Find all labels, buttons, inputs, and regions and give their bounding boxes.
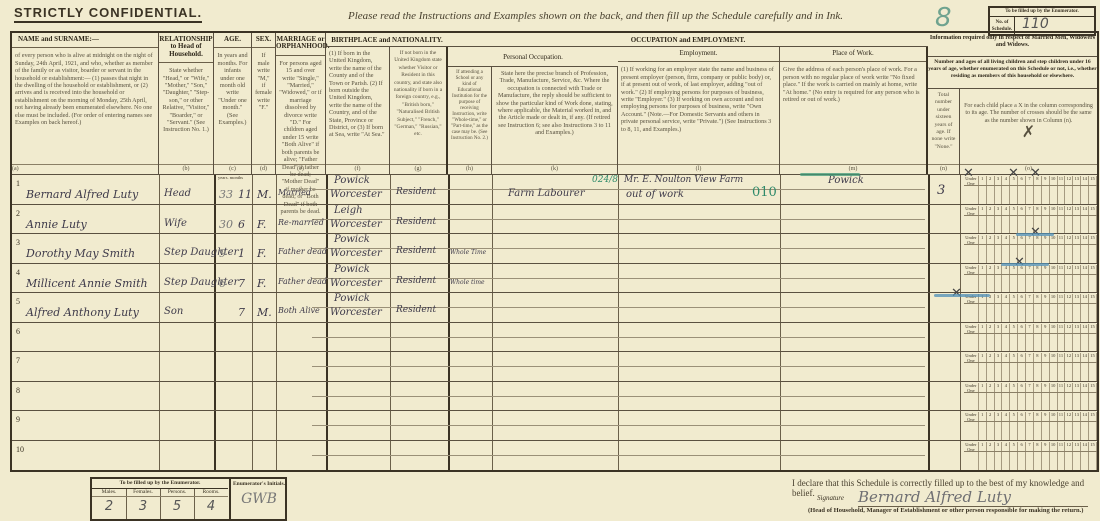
age-column-label: 10: [1050, 294, 1058, 303]
occupation-code: 024/8: [592, 175, 618, 185]
age-cell[interactable]: [1050, 186, 1058, 204]
age-cell[interactable]: [1050, 216, 1058, 234]
age-cell[interactable]: [1089, 186, 1097, 204]
age-cell[interactable]: [995, 393, 1003, 411]
age-cell[interactable]: [1081, 393, 1089, 411]
age-cell[interactable]: [987, 422, 995, 440]
age-cell[interactable]: [1058, 452, 1066, 470]
age-cell[interactable]: [987, 186, 995, 204]
age-cell[interactable]: [1034, 245, 1042, 263]
child-age-grid-header: Under One123456789101112131415: [964, 442, 1097, 452]
col-g-text: If not born in the United Kingdom state …: [393, 50, 443, 139]
person-name: Dorothy May Smith: [26, 247, 135, 260]
age-cell[interactable]: [1073, 363, 1081, 381]
age-cell[interactable]: [1002, 245, 1010, 263]
children-total: 3: [937, 183, 945, 198]
age-column-label: 3: [995, 235, 1003, 244]
age-cell[interactable]: [995, 363, 1003, 381]
marriage-status: Re-married: [278, 218, 324, 227]
persons-label: Persons.: [160, 489, 194, 497]
age-cell[interactable]: [1026, 422, 1034, 440]
table-row: 2Annie LutyWife306F.Re-marriedLeighWorce…: [12, 204, 1097, 233]
table-row: 8Under One123456789101112131415: [12, 381, 1097, 410]
age-cell[interactable]: [1018, 304, 1026, 322]
age-cell[interactable]: [979, 304, 987, 322]
age-column-label: 7: [1026, 324, 1034, 333]
age-cell[interactable]: [1058, 304, 1066, 322]
age-column-label: 3: [995, 353, 1003, 362]
age-cell[interactable]: [995, 216, 1003, 234]
age-cell[interactable]: [987, 216, 995, 234]
age-column-label: 13: [1073, 442, 1081, 451]
age-cell[interactable]: [964, 304, 979, 322]
age-cell[interactable]: [1073, 245, 1081, 263]
age-column-label: 4: [1002, 412, 1010, 421]
child-age-grid-header: Under One123456789101112131415: [964, 383, 1097, 393]
age-column-label: 10: [1050, 265, 1058, 274]
age-cell[interactable]: [964, 422, 979, 440]
age-cell[interactable]: [1058, 393, 1066, 411]
age-cell[interactable]: [1073, 334, 1081, 352]
age-cell[interactable]: [1002, 452, 1010, 470]
age-cell[interactable]: [1065, 216, 1073, 234]
age-cell[interactable]: [1026, 304, 1034, 322]
age-cell[interactable]: [1018, 216, 1026, 234]
age-cell[interactable]: [1026, 245, 1034, 263]
child-age-grid-header: Under One123456789101112131415: [964, 353, 1097, 363]
relationship: Step Daughter: [164, 247, 238, 258]
age-cell[interactable]: [995, 304, 1003, 322]
census-schedule-form: NAME and SURNAME:—of every person who is…: [10, 31, 1099, 472]
row-number: 1: [16, 179, 20, 188]
age-column-label: 5: [1010, 442, 1018, 451]
age-cell[interactable]: [964, 216, 979, 234]
age-column-label: 6: [1018, 383, 1026, 392]
age-column-label: 15: [1089, 294, 1097, 303]
age-cell[interactable]: [995, 275, 1003, 293]
age-column-label: 12: [1065, 294, 1073, 303]
col-e-title: MARRIAGE or ORPHANHOOD.: [276, 36, 325, 56]
row-midline: [312, 366, 925, 367]
birthplace-county: Worcester: [330, 248, 382, 259]
age-cell[interactable]: [1089, 393, 1097, 411]
age-cell[interactable]: [979, 393, 987, 411]
age-column-label: 12: [1065, 176, 1073, 185]
age-cell[interactable]: [1010, 334, 1018, 352]
age-cell[interactable]: [1065, 186, 1073, 204]
col-h-header: If attending a School or any kind of Edu…: [448, 67, 492, 174]
age-cell[interactable]: [1042, 393, 1050, 411]
age-cell[interactable]: [995, 422, 1003, 440]
age-cell[interactable]: [1002, 216, 1010, 234]
marriage-status: Married: [278, 188, 311, 197]
age-cell[interactable]: [1010, 452, 1018, 470]
age-cell[interactable]: [1018, 275, 1026, 293]
age-cell[interactable]: [1081, 245, 1089, 263]
age-cell[interactable]: [1065, 363, 1073, 381]
col-o-text: For each child place a X in the column c…: [963, 103, 1094, 125]
age-cell[interactable]: [1050, 393, 1058, 411]
col-l-text: (1) If working for an employer state the…: [621, 66, 776, 133]
age-cell[interactable]: [964, 363, 979, 381]
age-cell[interactable]: [1081, 422, 1089, 440]
age-column-label: 10: [1050, 383, 1058, 392]
child-age-grid: Under One123456789101112131415: [964, 383, 1097, 410]
age-cell[interactable]: [1089, 245, 1097, 263]
pencil-annotation: 8: [935, 3, 952, 33]
age-cell[interactable]: [1081, 186, 1089, 204]
age-column-label: 1: [979, 324, 987, 333]
age-column-label: 4: [1002, 294, 1010, 303]
birthplace-group-title: BIRTHPLACE and NATIONALITY.: [326, 33, 448, 47]
age-cell[interactable]: [995, 245, 1003, 263]
age-cell[interactable]: [1065, 334, 1073, 352]
age-cell[interactable]: [1042, 245, 1050, 263]
birthplace-county: Worcester: [330, 189, 382, 200]
age-cell[interactable]: [1010, 275, 1018, 293]
age-column-label: 10: [1050, 176, 1058, 185]
age-column-label: 10: [1050, 442, 1058, 451]
age-years: 33: [219, 188, 233, 201]
age-column-label: 10: [1050, 353, 1058, 362]
age-years: 30: [219, 218, 233, 231]
col-c-header: AGE.In years and months. For infants und…: [214, 33, 252, 174]
age-cell[interactable]: [1081, 275, 1089, 293]
age-column-label: 13: [1073, 353, 1081, 362]
age-cell[interactable]: [1089, 275, 1097, 293]
row-number: 10: [16, 445, 24, 454]
age-column-label: 14: [1081, 265, 1089, 274]
age-cell[interactable]: [1034, 393, 1042, 411]
age-cell[interactable]: [979, 452, 987, 470]
initials-label: Enumerator's Initials.: [231, 479, 287, 487]
age-cell[interactable]: [1065, 393, 1073, 411]
age-column-label: 8: [1034, 206, 1042, 215]
age-cell[interactable]: [1065, 422, 1073, 440]
table-row: 9Under One123456789101112131415: [12, 410, 1097, 439]
age-cell[interactable]: [995, 334, 1003, 352]
age-column-label: 2: [987, 442, 995, 451]
age-cell[interactable]: [1042, 275, 1050, 293]
col-k-title: Personal Occupation.: [448, 47, 618, 67]
table-row: 4Millicent Annie SmithStep Daughter67F.F…: [12, 263, 1097, 292]
col-b-header: RELATIONSHIP to Head of Household.State …: [159, 33, 214, 174]
age-cell[interactable]: [1042, 363, 1050, 381]
age-cell[interactable]: [1042, 422, 1050, 440]
col-l-label: (l): [618, 164, 779, 174]
age-column-label: 1: [979, 383, 987, 392]
age-cell[interactable]: [1058, 275, 1066, 293]
age-cell[interactable]: [1034, 452, 1042, 470]
age-cell[interactable]: [1089, 334, 1097, 352]
age-cell[interactable]: [1081, 363, 1089, 381]
age-cell[interactable]: [1050, 452, 1058, 470]
age-column-label: 6: [1018, 442, 1026, 451]
age-column-label: 13: [1073, 176, 1081, 185]
age-months: 6: [238, 218, 245, 231]
age-cell[interactable]: [1081, 216, 1089, 234]
place-of-work: Powick: [828, 175, 864, 186]
relationship: Step Daughter: [164, 277, 238, 288]
age-column-label: 10: [1050, 412, 1058, 421]
age-column-label: 2: [987, 176, 995, 185]
child-age-grid: Under One123456789101112131415: [964, 324, 1097, 351]
age-column-label: 12: [1065, 383, 1073, 392]
age-cell[interactable]: [1010, 393, 1018, 411]
age-cell[interactable]: [1058, 216, 1066, 234]
age-column-label: 8: [1034, 412, 1042, 421]
age-column-label: 12: [1065, 206, 1073, 215]
nationality: Resident: [396, 276, 436, 286]
age-cell[interactable]: [964, 334, 979, 352]
child-age-grid-header: Under One123456789101112131415: [964, 206, 1097, 216]
age-years: 9: [219, 247, 226, 260]
age-cell[interactable]: [1081, 334, 1089, 352]
age-cell[interactable]: [1026, 363, 1034, 381]
age-cell[interactable]: [964, 186, 979, 204]
age-column-label: 7: [1026, 442, 1034, 451]
age-cell[interactable]: [979, 245, 987, 263]
age-cell[interactable]: [1042, 216, 1050, 234]
age-cell[interactable]: [1002, 186, 1010, 204]
age-cell[interactable]: [1058, 422, 1066, 440]
age-column-label: 3: [995, 383, 1003, 392]
age-column-label: 11: [1058, 383, 1066, 392]
age-cell[interactable]: [1065, 275, 1073, 293]
age-cell[interactable]: [1034, 334, 1042, 352]
col-c-text: In years and months. For infants under o…: [217, 52, 248, 126]
col-k-label: (k): [492, 164, 617, 174]
age-column-label: 12: [1065, 412, 1073, 421]
age-cell[interactable]: [979, 186, 987, 204]
row-number: 6: [16, 327, 20, 336]
age-cell[interactable]: [1026, 186, 1034, 204]
age-cell[interactable]: [1026, 452, 1034, 470]
row-number: 2: [16, 209, 20, 218]
age-cell[interactable]: [1002, 304, 1010, 322]
col-k-text: State here the precise branch of Profess…: [495, 70, 614, 137]
age-cell[interactable]: [1058, 186, 1066, 204]
age-column-label: 4: [1002, 235, 1010, 244]
age-cell[interactable]: [987, 393, 995, 411]
age-cell[interactable]: [1026, 334, 1034, 352]
age-cell[interactable]: [1018, 186, 1026, 204]
age-cell[interactable]: [1081, 452, 1089, 470]
age-column-label: 3: [995, 442, 1003, 451]
child-age-grid: Under One123456789101112131415: [964, 294, 1097, 321]
sex: F.: [257, 277, 266, 290]
age-months: 7: [238, 277, 245, 290]
age-cell[interactable]: [1018, 452, 1026, 470]
marriage-status: Father dead: [278, 247, 327, 256]
age-cell[interactable]: [964, 452, 979, 470]
age-cell[interactable]: [979, 334, 987, 352]
age-cell[interactable]: [1018, 422, 1026, 440]
age-cell[interactable]: [1089, 452, 1097, 470]
age-column-label: 14: [1081, 206, 1089, 215]
age-column-label: 10: [1050, 324, 1058, 333]
age-cell[interactable]: [1034, 186, 1042, 204]
age-column-label: 8: [1034, 324, 1042, 333]
age-column-label: 11: [1058, 176, 1066, 185]
age-cell[interactable]: [1073, 304, 1081, 322]
col-l-title: Employment.: [618, 50, 779, 62]
birthplace-town: Leigh: [334, 205, 363, 216]
age-cell[interactable]: [1058, 363, 1066, 381]
age-cell[interactable]: [1034, 275, 1042, 293]
males-label: Males.: [92, 489, 126, 497]
cross-mark-icon: ✕: [1008, 166, 1019, 181]
age-cell[interactable]: [1002, 393, 1010, 411]
birthplace-town: Powick: [334, 234, 370, 245]
age-column-label: 13: [1073, 294, 1081, 303]
age-column-label: 14: [1081, 442, 1089, 451]
age-cell[interactable]: [1065, 452, 1073, 470]
age-cell[interactable]: [964, 393, 979, 411]
age-cell[interactable]: [1010, 186, 1018, 204]
age-cell[interactable]: [1034, 422, 1042, 440]
age-column-label: 2: [987, 235, 995, 244]
age-cell[interactable]: [1073, 216, 1081, 234]
age-column-label: 6: [1018, 353, 1026, 362]
age-cell[interactable]: [1089, 304, 1097, 322]
child-age-grid-header: Under One123456789101112131415: [964, 324, 1097, 334]
age-cell[interactable]: [995, 186, 1003, 204]
age-cell[interactable]: [1050, 245, 1058, 263]
age-column-label: 14: [1081, 176, 1089, 185]
persons-count: 5: [160, 497, 194, 517]
age-cell[interactable]: [1050, 334, 1058, 352]
age-cell[interactable]: [964, 245, 979, 263]
age-cell[interactable]: [1058, 245, 1066, 263]
age-cell[interactable]: [1081, 304, 1089, 322]
col-e-header: MARRIAGE or ORPHANHOOD.For persons aged …: [276, 33, 326, 174]
col-h-label: (h): [448, 164, 491, 174]
age-column-label: 6: [1018, 294, 1026, 303]
age-column-label: 14: [1081, 412, 1089, 421]
age-cell[interactable]: [1073, 422, 1081, 440]
age-cell[interactable]: [987, 363, 995, 381]
age-cell[interactable]: [1042, 186, 1050, 204]
age-cell[interactable]: [987, 304, 995, 322]
col-o-label: (o): [960, 164, 1097, 174]
age-column-label: 2: [987, 324, 995, 333]
age-cell[interactable]: [1050, 304, 1058, 322]
age-cell[interactable]: [1002, 334, 1010, 352]
age-cell[interactable]: [964, 275, 979, 293]
age-cell[interactable]: [1026, 393, 1034, 411]
children-info-title: Number and ages of all living children a…: [928, 57, 1097, 89]
age-column-label: 5: [1010, 206, 1018, 215]
age-column-label: 8: [1034, 383, 1042, 392]
age-cell[interactable]: [1010, 216, 1018, 234]
age-column-label: 13: [1073, 412, 1081, 421]
age-cell[interactable]: [1018, 363, 1026, 381]
sex: M.: [257, 306, 272, 319]
age-cell[interactable]: [1065, 245, 1073, 263]
females-label: Females.: [126, 489, 160, 497]
age-cell[interactable]: [1058, 334, 1066, 352]
age-cell[interactable]: [1042, 334, 1050, 352]
col-c-title: AGE.: [214, 36, 251, 48]
age-cell[interactable]: [979, 363, 987, 381]
age-cell[interactable]: [1018, 334, 1026, 352]
col-f-text: (1) If born in the United Kingdom, write…: [329, 50, 386, 139]
age-cell[interactable]: [1010, 304, 1018, 322]
age-cell[interactable]: [1010, 363, 1018, 381]
school-attendance: Whole Time: [450, 249, 486, 256]
age-column-label: 3: [995, 294, 1003, 303]
age-cell[interactable]: [1034, 304, 1042, 322]
age-cell[interactable]: [987, 452, 995, 470]
age-column-label: 4: [1002, 442, 1010, 451]
age-cell[interactable]: [1050, 422, 1058, 440]
col-h-text: If attending a School or any kind of Edu…: [451, 70, 488, 142]
col-d-label: (d): [252, 164, 275, 174]
age-cell[interactable]: [1073, 186, 1081, 204]
age-cell[interactable]: [1089, 363, 1097, 381]
age-column-label: 14: [1081, 324, 1089, 333]
age-cell[interactable]: [1026, 275, 1034, 293]
age-column-label: 1: [979, 412, 987, 421]
age-column-label: 5: [1010, 324, 1018, 333]
age-cell[interactable]: [1002, 275, 1010, 293]
age-cell[interactable]: [1065, 304, 1073, 322]
age-cell[interactable]: [1050, 275, 1058, 293]
age-cell[interactable]: [1002, 363, 1010, 381]
age-cell[interactable]: [1073, 393, 1081, 411]
cross-mark-icon: ✕: [1030, 166, 1041, 181]
age-cell[interactable]: [979, 422, 987, 440]
age-cell[interactable]: [1042, 304, 1050, 322]
age-cell[interactable]: [1010, 422, 1018, 440]
age-cell[interactable]: [987, 334, 995, 352]
age-cell[interactable]: [995, 452, 1003, 470]
age-cell[interactable]: [1089, 216, 1097, 234]
nationality: Resident: [396, 305, 436, 315]
instructions-line: Please read the Instructions and Example…: [348, 10, 843, 22]
age-column-label: 11: [1058, 412, 1066, 421]
col-n-header: Total number under sixteen years of age.…: [928, 89, 960, 174]
age-column-label: 15: [1089, 353, 1097, 362]
employment-status: out of work: [626, 189, 684, 200]
under-one-label: Under One: [964, 235, 979, 244]
col-b-text: State whether "Head," or "Wife," "Mother…: [162, 67, 210, 134]
row-number: 5: [16, 297, 20, 306]
age-cell[interactable]: [979, 275, 987, 293]
under-one-label: Under One: [964, 383, 979, 392]
age-cell[interactable]: [1073, 452, 1081, 470]
age-cell[interactable]: [1050, 363, 1058, 381]
age-cell[interactable]: [1002, 422, 1010, 440]
age-column-label: 9: [1042, 324, 1050, 333]
nationality: Resident: [396, 187, 436, 197]
age-cell[interactable]: [1073, 275, 1081, 293]
under-one-label: Under One: [964, 412, 979, 421]
enumerator-initials: GWB: [231, 491, 287, 507]
person-name: Bernard Alfred Luty: [26, 188, 138, 201]
age-cell[interactable]: [1018, 393, 1026, 411]
occupation: Farm Labourer: [508, 188, 585, 199]
age-cell[interactable]: [1089, 422, 1097, 440]
age-cell[interactable]: [987, 275, 995, 293]
age-cell[interactable]: [1034, 363, 1042, 381]
age-cell[interactable]: [987, 245, 995, 263]
age-cell[interactable]: [1042, 452, 1050, 470]
summary-title: To be filled up by the Enumerator.: [92, 479, 228, 489]
age-cell[interactable]: [979, 216, 987, 234]
sex: M.: [257, 188, 272, 201]
